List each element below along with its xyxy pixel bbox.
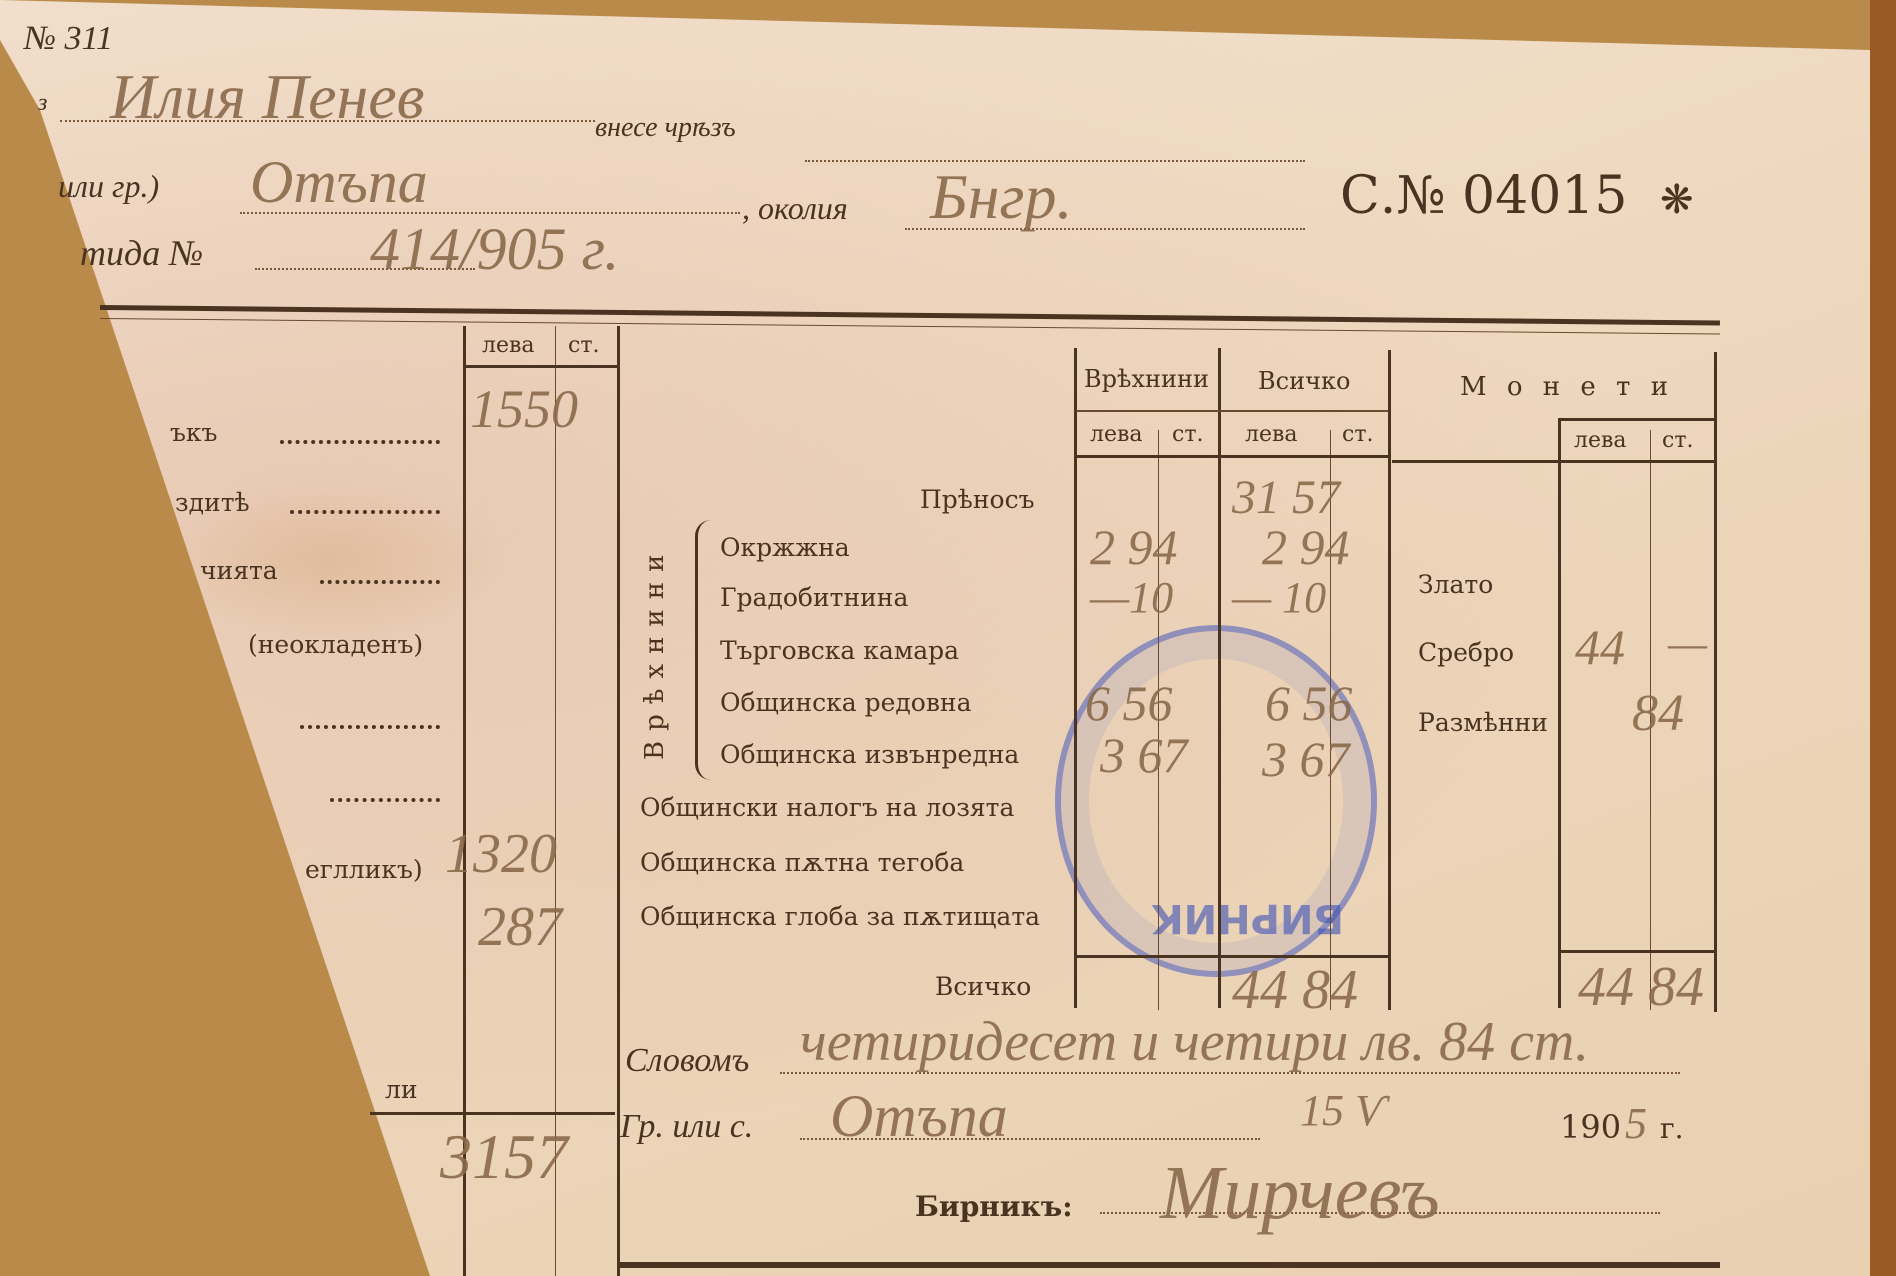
brace-label-vrahnini: Врѣхнини bbox=[640, 545, 670, 760]
mid-vr-value: 2 94 bbox=[1090, 518, 1178, 576]
mid-total-label: Всичко bbox=[935, 972, 1031, 1001]
left-row-leader bbox=[290, 510, 440, 514]
background-edge bbox=[1870, 0, 1896, 1276]
mid-vr-value: 3 67 bbox=[1100, 726, 1188, 784]
coins-title: М о н е т и bbox=[1460, 372, 1674, 402]
payer-name-handwritten: Илия Пенев bbox=[110, 60, 424, 134]
coins-silver-leva: 44 bbox=[1575, 618, 1625, 676]
prenos-label: Прѣносъ bbox=[920, 485, 1035, 514]
coins-row-label: Размѣнни bbox=[1418, 708, 1548, 737]
mid-row-label: Търговска камара bbox=[720, 636, 959, 665]
mid-vs-value: 6 56 bbox=[1265, 674, 1353, 732]
mid-col-border-1 bbox=[1074, 348, 1077, 1008]
mid-row-label: Градобитнина bbox=[720, 583, 908, 612]
brace-icon bbox=[695, 520, 712, 780]
serial-text: С.№ 04015 bbox=[1340, 166, 1627, 226]
coins-silver-st: — bbox=[1668, 618, 1707, 669]
coins-total-value: 44 84 bbox=[1578, 955, 1704, 1019]
header-vr-leva: лева bbox=[1090, 422, 1143, 447]
receipt-number: № 311 bbox=[24, 20, 113, 58]
header-rule bbox=[1076, 455, 1388, 458]
place-footer-handwritten: Отъпа bbox=[830, 1082, 1008, 1151]
mid-vs-value: 3 67 bbox=[1262, 730, 1350, 788]
place-prefix: или гр.) bbox=[58, 168, 159, 205]
bottom-border bbox=[620, 1262, 1720, 1268]
coins-subheader-rule bbox=[1558, 418, 1714, 421]
header-vs-st: ст. bbox=[1342, 422, 1374, 447]
left-row-value: 1320 bbox=[445, 822, 557, 886]
year-prefix: 190 bbox=[1560, 1108, 1621, 1146]
place-handwritten: Отъпа bbox=[250, 148, 428, 217]
header-vr-st: ст. bbox=[1172, 422, 1204, 447]
left-header-st: ст. bbox=[568, 333, 600, 358]
left-header-rule bbox=[465, 365, 617, 368]
left-row-label: ли bbox=[385, 1075, 418, 1104]
mid-vs-value: — 10 bbox=[1232, 572, 1326, 623]
birnik-label: Бирникъ: bbox=[915, 1190, 1073, 1223]
coins-row-label: Злато bbox=[1418, 570, 1493, 599]
coins-header-st: ст. bbox=[1662, 428, 1694, 453]
left-row-label: (неокладенъ) bbox=[248, 630, 423, 659]
mid-vr-value: —10 bbox=[1090, 572, 1173, 623]
okolia-handwritten: Бнгр. bbox=[930, 160, 1072, 234]
mid-row-label: Общински налогъ на лозята bbox=[640, 793, 1014, 822]
slovom-label: Словомъ bbox=[625, 1042, 749, 1080]
mid-row-label: Общинска редовна bbox=[720, 688, 971, 717]
mid-row-label: Окржжна bbox=[720, 533, 850, 562]
mid-row-label: Общинска пѫтна тегоба bbox=[640, 848, 964, 877]
left-total-rule bbox=[370, 1112, 615, 1115]
left-total-value: 3157 bbox=[440, 1120, 568, 1194]
stamp-text: БИРНИК bbox=[1151, 895, 1344, 941]
left-row-value: 287 bbox=[478, 895, 562, 959]
mid-vr-value: 6 56 bbox=[1085, 674, 1173, 732]
coins-header-leva: лева bbox=[1574, 428, 1627, 453]
left-row-value: 1550 bbox=[470, 378, 578, 440]
payer-suffix: внесе чрѣзъ bbox=[595, 112, 736, 144]
prenos-value: 31 57 bbox=[1232, 470, 1340, 525]
mid-vs-value: 2 94 bbox=[1262, 518, 1350, 576]
partida-prefix: тида № bbox=[80, 232, 203, 274]
date-handwritten: 15 Ѵ bbox=[1300, 1085, 1384, 1136]
coins-col-border-1 bbox=[1558, 418, 1561, 1008]
place-label: Гр. или с. bbox=[620, 1108, 753, 1146]
payer-prefix: з bbox=[38, 90, 47, 117]
mid-row-label: Общинска извънредна bbox=[720, 740, 1019, 769]
header-vs-leva: лева bbox=[1245, 422, 1298, 447]
coins-row-label: Сребро bbox=[1418, 638, 1514, 667]
left-row-leader bbox=[300, 725, 440, 729]
left-row-leader bbox=[330, 798, 440, 802]
left-row-label: еглликъ) bbox=[305, 855, 423, 884]
year-suffix: г. bbox=[1660, 1112, 1684, 1145]
year-handwritten: 5 bbox=[1625, 1098, 1647, 1149]
partida-handwritten: 414/905 г. bbox=[370, 215, 619, 284]
okolia-label: , околия bbox=[742, 190, 848, 227]
slovom-handwritten: четиридесет и четири лв. 84 ст. bbox=[800, 1010, 1589, 1074]
left-row-label: здитѣ bbox=[175, 488, 250, 517]
left-row-label: чията bbox=[200, 556, 278, 585]
left-row-leader bbox=[280, 440, 440, 444]
mid-row-label: Общинска глоба за пѫтищата bbox=[640, 902, 1040, 931]
left-row-leader bbox=[320, 580, 440, 584]
coins-exchange-st: 84 bbox=[1632, 684, 1684, 743]
coins-header-rule bbox=[1392, 460, 1714, 463]
coins-right-border bbox=[1714, 352, 1717, 1012]
serial-asterisk-icon: ❋ bbox=[1660, 177, 1694, 223]
header-vsichko: Всичко bbox=[1258, 367, 1350, 395]
header-vrahnini: Врѣхнини bbox=[1084, 365, 1209, 393]
serial-number: С.№ 04015 ❋ bbox=[1340, 166, 1694, 226]
coins-total-rule bbox=[1560, 950, 1714, 953]
birnik-signature: Мирчевъ bbox=[1160, 1150, 1440, 1237]
left-header-leva: лева bbox=[482, 333, 535, 358]
header-subrule bbox=[1076, 410, 1388, 412]
mid-col-border-5 bbox=[1388, 350, 1391, 1010]
mid-col-border-3 bbox=[1218, 348, 1221, 1008]
left-row-label: ъкъ bbox=[170, 418, 217, 447]
